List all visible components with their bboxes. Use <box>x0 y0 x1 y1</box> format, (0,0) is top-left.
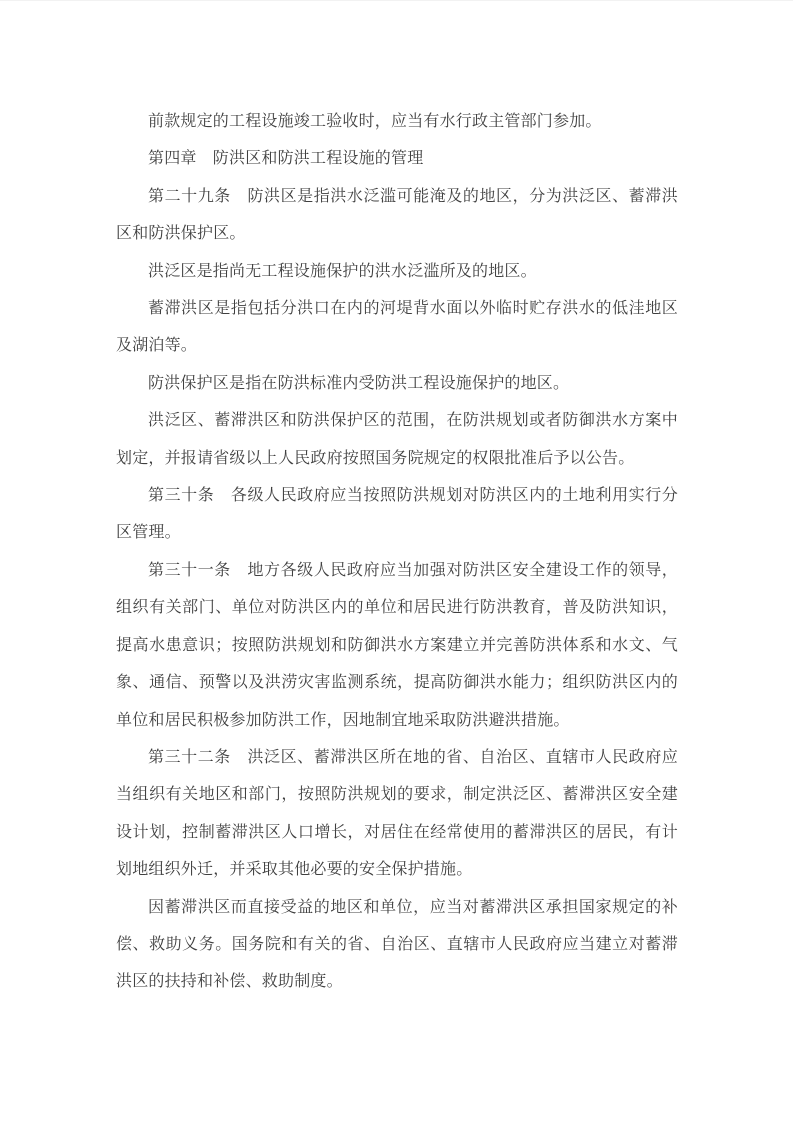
article-30-paragraph: 第三十条 各级人民政府应当按照防洪规划对防洪区内的土地利用实行分区管理。 <box>116 477 678 552</box>
article-32-paragraph-1: 第三十二条 洪泛区、蓄滞洪区所在地的省、自治区、直辖市人民政府应当组织有关地区和… <box>116 739 678 889</box>
article-32-paragraph-2: 因蓄滞洪区而直接受益的地区和单位，应当对蓄滞洪区承担国家规定的补偿、救助义务。国… <box>116 889 678 1001</box>
paragraph-prev-clause-acceptance: 前款规定的工程设施竣工验收时，应当有水行政主管部门参加。 <box>116 103 678 140</box>
article-31-paragraph: 第三十一条 地方各级人民政府应当加强对防洪区安全建设工作的领导，组织有关部门、单… <box>116 552 678 739</box>
article-29-paragraph-4: 防洪保护区是指在防洪标准内受防洪工程设施保护的地区。 <box>116 365 678 402</box>
chapter-4-heading: 第四章 防洪区和防洪工程设施的管理 <box>116 140 678 177</box>
article-29-paragraph-5: 洪泛区、蓄滞洪区和防洪保护区的范围，在防洪规划或者防御洪水方案中划定，并报请省级… <box>116 402 678 477</box>
article-29-paragraph-2: 洪泛区是指尚无工程设施保护的洪水泛滥所及的地区。 <box>116 253 678 290</box>
article-29-paragraph-3: 蓄滞洪区是指包括分洪口在内的河堤背水面以外临时贮存洪水的低洼地区及湖泊等。 <box>116 290 678 365</box>
article-29-paragraph-1: 第二十九条 防洪区是指洪水泛滥可能淹及的地区，分为洪泛区、蓄滞洪区和防洪保护区。 <box>116 178 678 253</box>
document-page: 前款规定的工程设施竣工验收时，应当有水行政主管部门参加。 第四章 防洪区和防洪工… <box>0 0 793 1122</box>
